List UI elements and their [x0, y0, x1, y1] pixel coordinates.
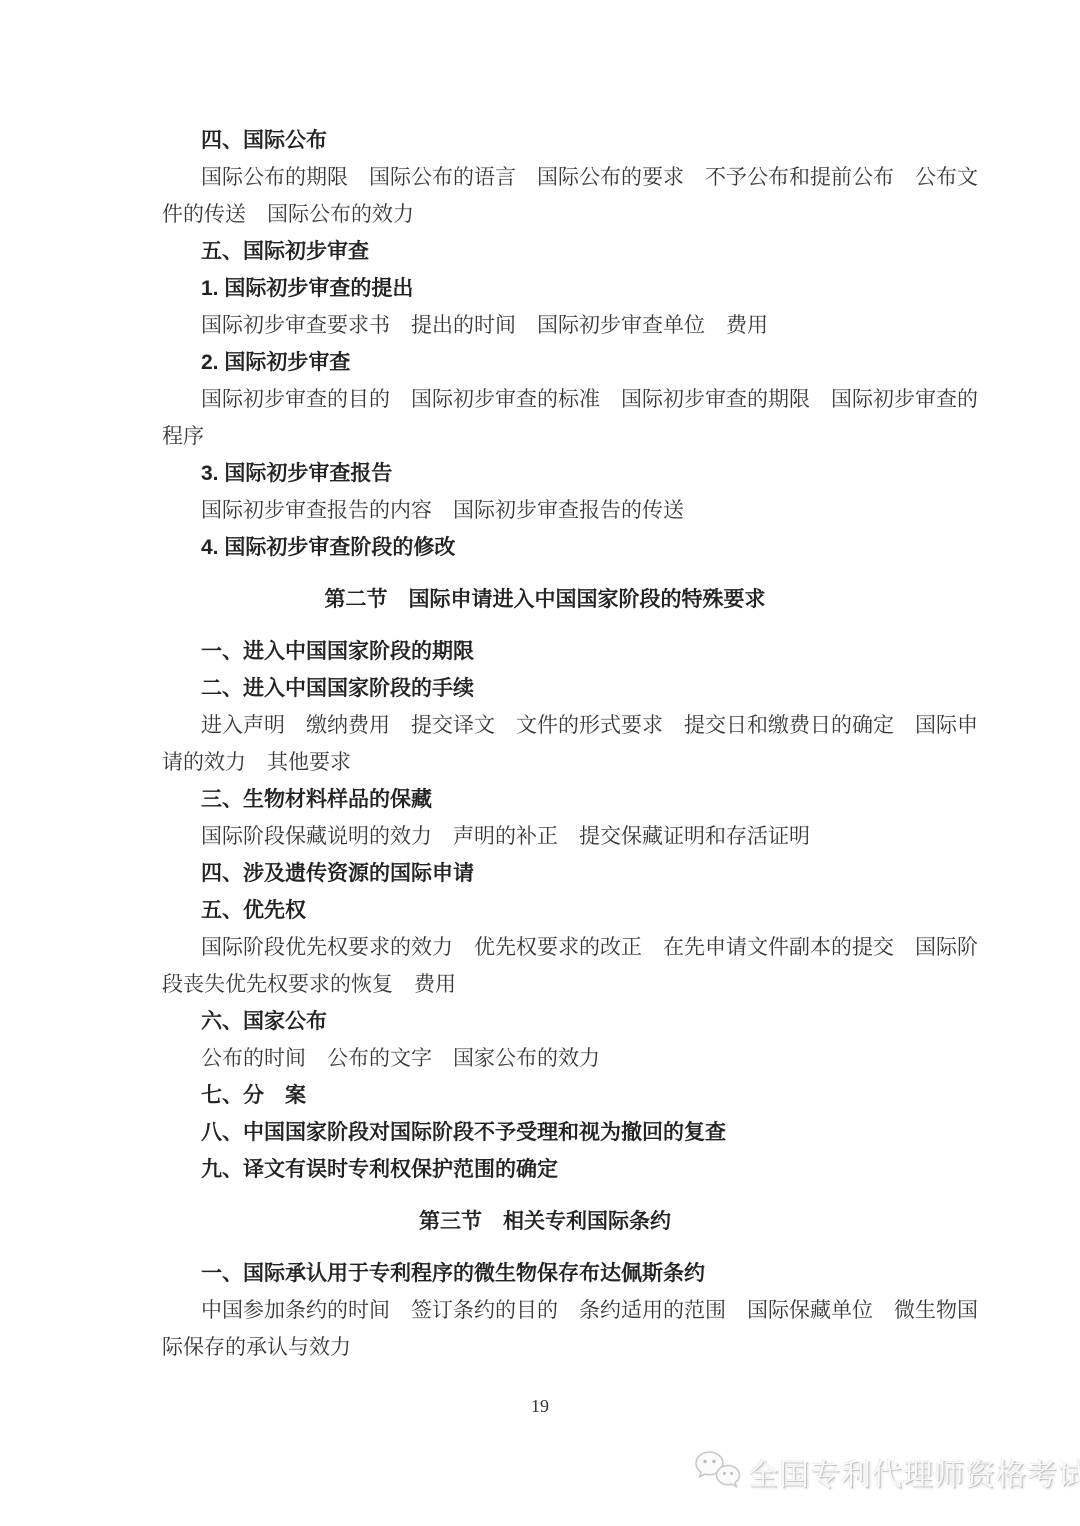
paragraph-line: 国际阶段保藏说明的效力 声明的补正 提交保藏证明和存活证明 — [162, 818, 928, 855]
wechat-icon — [694, 1450, 742, 1494]
outline-heading: 二、进入中国国家阶段的手续 — [162, 670, 928, 707]
outline-heading: 五、优先权 — [162, 892, 928, 929]
outline-subheading: 3. 国际初步审查报告 — [162, 455, 928, 492]
watermark: 全国专利代理师资格考试 — [694, 1450, 1080, 1494]
document-page: 四、国际公布 国际公布的期限 国际公布的语言 国际公布的要求 不予公布和提前公布… — [0, 0, 1080, 1526]
paragraph-line: 程序 — [162, 418, 928, 455]
document-body: 四、国际公布 国际公布的期限 国际公布的语言 国际公布的要求 不予公布和提前公布… — [162, 122, 928, 1366]
paragraph-line: 国际阶段优先权要求的效力 优先权要求的改正 在先申请文件副本的提交 国际阶 — [162, 929, 928, 966]
outline-heading: 六、国家公布 — [162, 1003, 928, 1040]
paragraph-line: 国际初步审查的目的 国际初步审查的标准 国际初步审查的期限 国际初步审查的 — [162, 381, 928, 418]
paragraph-line: 国际初步审查要求书 提出的时间 国际初步审查单位 费用 — [162, 307, 928, 344]
paragraph-line: 公布的时间 公布的文字 国家公布的效力 — [162, 1040, 928, 1077]
paragraph-line: 进入声明 缴纳费用 提交译文 文件的形式要求 提交日和缴费日的确定 国际申 — [162, 707, 928, 744]
outline-heading: 八、中国国家阶段对国际阶段不予受理和视为撤回的复查 — [162, 1114, 928, 1151]
section-heading: 第二节 国际申请进入中国国家阶段的特殊要求 — [162, 581, 928, 618]
outline-subheading: 2. 国际初步审查 — [162, 344, 928, 381]
paragraph-line: 中国参加条约的时间 签订条约的目的 条约适用的范围 国际保藏单位 微生物国 — [162, 1292, 928, 1329]
outline-heading: 一、国际承认用于专利程序的微生物保存布达佩斯条约 — [162, 1255, 928, 1292]
outline-heading: 四、涉及遗传资源的国际申请 — [162, 855, 928, 892]
paragraph-line: 际保存的承认与效力 — [162, 1329, 928, 1366]
outline-subheading: 4. 国际初步审查阶段的修改 — [162, 529, 928, 566]
paragraph-line: 段丧失优先权要求的恢复 费用 — [162, 966, 928, 1003]
outline-subheading: 1. 国际初步审查的提出 — [162, 270, 928, 307]
outline-heading: 一、进入中国国家阶段的期限 — [162, 633, 928, 670]
watermark-text: 全国专利代理师资格考试 — [748, 1450, 1080, 1494]
paragraph-line: 国际公布的期限 国际公布的语言 国际公布的要求 不予公布和提前公布 公布文 — [162, 159, 928, 196]
outline-heading: 九、译文有误时专利权保护范围的确定 — [162, 1151, 928, 1188]
outline-heading: 四、国际公布 — [162, 122, 928, 159]
paragraph-line: 国际初步审查报告的内容 国际初步审查报告的传送 — [162, 492, 928, 529]
outline-heading: 三、生物材料样品的保藏 — [162, 781, 928, 818]
outline-heading: 五、国际初步审查 — [162, 233, 928, 270]
section-heading: 第三节 相关专利国际条约 — [162, 1203, 928, 1240]
outline-heading: 七、分 案 — [162, 1077, 928, 1114]
paragraph-line: 件的传送 国际公布的效力 — [162, 196, 928, 233]
page-number: 19 — [0, 1396, 1080, 1417]
paragraph-line: 请的效力 其他要求 — [162, 744, 928, 781]
